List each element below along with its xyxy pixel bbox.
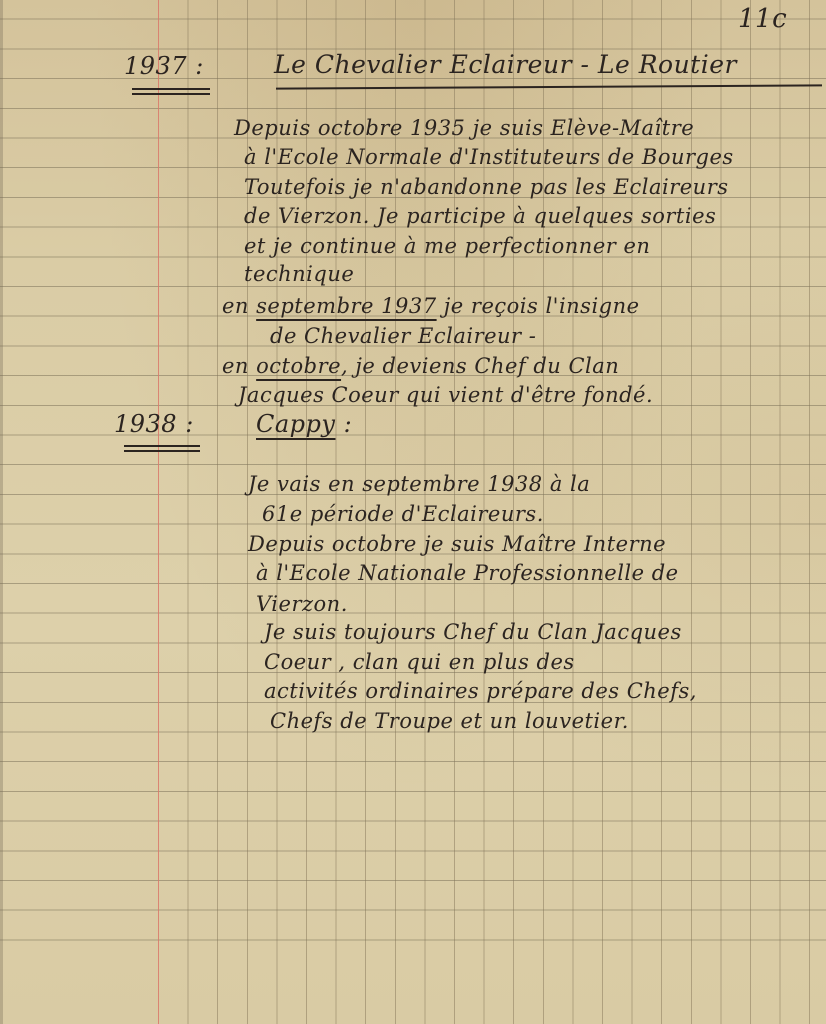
text-line: Toutefois je n'abandonne pas les Eclaire… <box>244 173 729 201</box>
year-heading-1938: 1938 : <box>114 410 194 438</box>
section-title-1937: Le Chevalier Eclaireur - Le Routier <box>274 50 737 79</box>
text-line: technique <box>244 260 354 288</box>
year-heading-1937: 1937 : <box>124 52 204 80</box>
text-line: et je continue à me perfectionner en <box>244 232 650 260</box>
underlined-month: octobre <box>256 354 341 378</box>
page-edge <box>0 0 3 1024</box>
page-number: 11c <box>738 4 787 34</box>
notebook-page: 11c 1937 : Le Chevalier Eclaireur - Le R… <box>0 0 826 1024</box>
year-underline-1937 <box>132 88 210 95</box>
text-line: Je vais en septembre 1938 à la <box>248 470 590 498</box>
text-line-september: en septembre 1937 je reçois l'insigne <box>222 292 640 320</box>
text-prefix: en <box>222 294 249 318</box>
text-line: Depuis octobre je suis Maître Interne <box>248 530 666 558</box>
section-title-1938: Cappy : <box>256 410 352 438</box>
text-prefix: en <box>222 354 249 378</box>
text-line: Je suis toujours Chef du Clan Jacques <box>264 618 682 646</box>
text-line-october: en octobre, je deviens Chef du Clan <box>222 352 619 380</box>
red-margin-line <box>158 0 159 1024</box>
text-line: Vierzon. <box>256 590 348 618</box>
title-cappy: Cappy <box>256 410 335 438</box>
text-line: Depuis octobre 1935 je suis Elève-Maître <box>234 114 694 142</box>
text-line: Coeur , clan qui en plus des <box>264 648 575 676</box>
text-line: à l'Ecole Normale d'Instituteurs de Bour… <box>244 143 734 171</box>
text-suffix: je reçois l'insigne <box>444 294 640 318</box>
text-line: Chefs de Troupe et un louvetier. <box>270 707 629 735</box>
title-colon: : <box>344 410 353 438</box>
text-line: de Vierzon. Je participe à quelques sort… <box>244 202 716 230</box>
text-line: 61e période d'Eclaireurs. <box>262 500 544 528</box>
text-line: de Chevalier Eclaireur - <box>270 322 536 350</box>
underlined-date: septembre 1937 <box>256 294 436 318</box>
text-line: à l'Ecole Nationale Professionnelle de <box>256 559 679 587</box>
text-line: Jacques Coeur qui vient d'être fondé. <box>238 381 653 409</box>
year-underline-1938 <box>124 445 200 452</box>
text-suffix: , je deviens Chef du Clan <box>341 354 619 378</box>
text-line: activités ordinaires prépare des Chefs, <box>264 677 697 705</box>
